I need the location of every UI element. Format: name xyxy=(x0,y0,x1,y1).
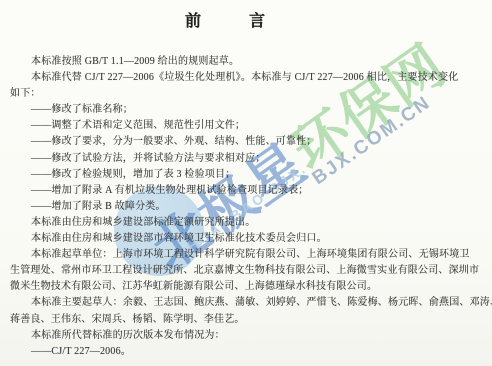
doc-line: ——修改了要求，分为一般要求、外观、结构、性能、可靠性； xyxy=(10,134,488,150)
doc-line: ——增加了附录 A 有机垃圾生物处理机试验检查项目记录表； xyxy=(10,183,488,199)
doc-line: 本标准由住房和城乡建设部标准定额研究所提出。 xyxy=(10,215,488,231)
doc-line: 本标准代替 CJ/T 227—2006《垃圾生化处理机》。本标准与 CJ/T 2… xyxy=(10,70,488,86)
doc-line: 本标准按照 GB/T 1.1—2009 给出的规则起草。 xyxy=(10,54,488,70)
doc-line: 生管理处、常州市环卫工程设计研究所、北京嘉博文生物科技有限公司、上海微雪实业有限… xyxy=(10,263,488,279)
doc-line: ——调整了术语和定义范围、规范性引用文件； xyxy=(10,118,488,134)
doc-line: 微米生物技术有限公司、江苏华虹新能源有限公司、上海德瑾绿水科技有限公司。 xyxy=(10,279,488,295)
doc-line: 本标准主要起草人：余毅、王志国、鲍庆燕、蒲敏、刘婷婷、严惜飞、陈爱梅、杨元晖、俞… xyxy=(10,295,488,311)
doc-line: ——增加了附录 B 故障分类。 xyxy=(10,199,488,215)
doc-line: 蒋善良、王伟东、宋周兵、杨韬、陈学明、李佳艺。 xyxy=(10,312,488,328)
doc-line: 本标准由住房和城乡建设部市容环境卫生标准化技术委员会归口。 xyxy=(10,231,488,247)
doc-line: ——修改了试验方法，并将试验方法与要求相对应； xyxy=(10,151,488,167)
doc-line: 本标准所代替标准的历次版本发布情况为： xyxy=(10,328,488,344)
doc-line: ——修改了检验规则，增加了表 3 检验项目； xyxy=(10,167,488,183)
doc-line: ——CJ/T 227—2006。 xyxy=(10,344,488,360)
page-title: 前 言 xyxy=(0,8,466,31)
doc-line: 本标准起草单位：上海市环境工程设计科学研究院有限公司、上海环境集团有限公司、无锡… xyxy=(10,247,488,263)
doc-line: ——修改了标准名称； xyxy=(10,102,488,118)
scanned-document-page: 北极星环保网 BJX.COM.CN HUANBAO BJX. 前 言 本标准按照… xyxy=(0,0,492,366)
doc-line: 如下： xyxy=(10,86,488,102)
preface-body: 本标准按照 GB/T 1.1—2009 给出的规则起草。 本标准代替 CJ/T … xyxy=(10,54,488,360)
